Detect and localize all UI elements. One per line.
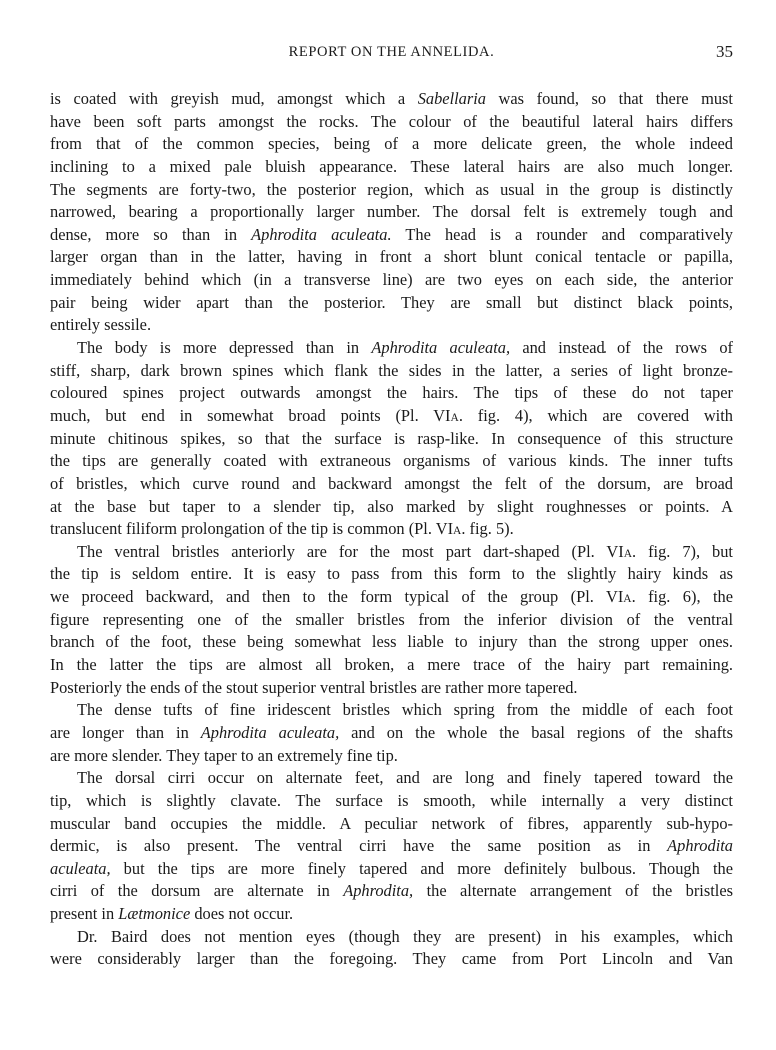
text-line: dense, more so than in Aphrodita aculeat…: [50, 224, 733, 247]
text-line: In the latter the tips are almost all br…: [50, 654, 733, 677]
text-line: much, but end in somewhat broad points (…: [50, 405, 733, 428]
italic-taxon: Aphrodita aculeata,: [201, 723, 339, 742]
text-line: larger organ than in the latter, having …: [50, 246, 733, 269]
text-run: pair being wider apart than the posterio…: [50, 293, 733, 312]
text-run: were considerably larger than the forego…: [50, 949, 733, 968]
text-line: stiff, sharp, dark brown spines which fl…: [50, 360, 733, 383]
text-run: . fig. 4), which are covered with: [459, 406, 733, 425]
text-line: pair being wider apart than the posterio…: [50, 292, 733, 315]
text-run: narrowed, bearing a proportionally large…: [50, 202, 733, 221]
text-run: at the base but taper to a slender tip, …: [50, 497, 733, 516]
text-line: The ventral bristles anteriorly are for …: [50, 541, 733, 564]
text-line: The dorsal cirri occur on alternate feet…: [50, 767, 733, 790]
paragraph: is coated with greyish mud, amongst whic…: [50, 88, 733, 337]
text-run: . fig. 6), the: [632, 587, 733, 606]
text-run: The segments are forty-two, the posterio…: [50, 180, 733, 199]
text-line: minute chitinous spikes, so that the sur…: [50, 428, 733, 451]
text-line: coloured spines project outwards amongst…: [50, 382, 733, 405]
text-run: larger organ than in the latter, having …: [50, 247, 733, 266]
text-run: stiff, sharp, dark brown spines which fl…: [50, 361, 733, 380]
text-run: The dense tufts of fine iridescent brist…: [77, 700, 733, 719]
small-caps: A: [623, 593, 631, 605]
text-run: minute chitinous spikes, so that the sur…: [50, 429, 733, 448]
text-run: cirri of the dorsum are alternate in: [50, 881, 343, 900]
text-run: Posteriorly the ends of the stout superi…: [50, 678, 578, 697]
text-line: muscular band occupies the middle. A pec…: [50, 813, 733, 836]
running-title: REPORT ON THE ANNELIDA.: [50, 44, 733, 61]
paragraph: Dr. Baird does not mention eyes (though …: [50, 926, 733, 971]
text-line: narrowed, bearing a proportionally large…: [50, 201, 733, 224]
text-run: and instead of the rows of: [510, 338, 733, 357]
text-run: tip, which is slightly clavate. The surf…: [50, 791, 733, 810]
book-page: REPORT ON THE ANNELIDA. 35 is coated wit…: [0, 0, 776, 1050]
text-run: have been soft parts amongst the rocks. …: [50, 112, 733, 131]
italic-taxon: Sabellaria: [418, 89, 486, 108]
text-run: the alternate arrangement of the bristle…: [413, 881, 733, 900]
text-run: and on the whole the basal regions of th…: [339, 723, 733, 742]
running-head: REPORT ON THE ANNELIDA. 35: [50, 44, 733, 66]
text-line: are more slender. They taper to an extre…: [50, 745, 733, 768]
text-line: The segments are forty-two, the posterio…: [50, 179, 733, 202]
text-run: are longer than in: [50, 723, 201, 742]
text-run: muscular band occupies the middle. A pec…: [50, 814, 733, 833]
page-number: 35: [716, 42, 733, 62]
small-caps: A: [624, 548, 632, 560]
text-run: The dorsal cirri occur on alternate feet…: [77, 768, 733, 787]
text-run: entirely sessile.: [50, 315, 151, 334]
text-run: we proceed backward, and then to the for…: [50, 587, 623, 606]
paragraph: The dorsal cirri occur on alternate feet…: [50, 767, 733, 925]
text-line: of bristles, which curve round and backw…: [50, 473, 733, 496]
text-run: was found, so that there must: [486, 89, 733, 108]
italic-taxon: Lætmonice: [118, 904, 190, 923]
text-run: are more slender. They taper to an extre…: [50, 746, 398, 765]
text-run: but the tips are more finely tapered and…: [111, 859, 733, 878]
text-line: we proceed backward, and then to the for…: [50, 586, 733, 609]
text-line: are longer than in Aphrodita aculeata, a…: [50, 722, 733, 745]
text-run: . fig. 5).: [461, 519, 513, 538]
text-line: translucent filiform prolongation of the…: [50, 518, 733, 541]
text-line: is coated with greyish mud, amongst whic…: [50, 88, 733, 111]
text-run: The body is more depressed than in: [77, 338, 371, 357]
text-run: from that of the common species, being o…: [50, 134, 733, 153]
text-run: . fig. 7), but: [632, 542, 733, 561]
text-line: branch of the foot, these being somewhat…: [50, 631, 733, 654]
print-speck: [604, 351, 606, 353]
text-line: tip, which is slightly clavate. The surf…: [50, 790, 733, 813]
text-run: the tips are generally coated with extra…: [50, 451, 733, 470]
text-run: figure representing one of the smaller b…: [50, 610, 733, 629]
text-line: The body is more depressed than in Aphro…: [50, 337, 733, 360]
text-line: entirely sessile.: [50, 314, 733, 337]
text-run: The head is a rounder and comparatively: [392, 225, 733, 244]
paragraph: The body is more depressed than in Aphro…: [50, 337, 733, 541]
text-run: translucent filiform prolongation of the…: [50, 519, 453, 538]
body-text: is coated with greyish mud, amongst whic…: [50, 88, 733, 971]
text-line: aculeata, but the tips are more finely t…: [50, 858, 733, 881]
text-run: much, but end in somewhat broad points (…: [50, 406, 451, 425]
text-line: from that of the common species, being o…: [50, 133, 733, 156]
text-line: immediately behind which (in a transvers…: [50, 269, 733, 292]
italic-taxon: aculeata,: [50, 859, 111, 878]
text-run: Dr. Baird does not mention eyes (though …: [77, 927, 733, 946]
small-caps: A: [451, 412, 459, 424]
text-run: immediately behind which (in a transvers…: [50, 270, 733, 289]
text-line: were considerably larger than the forego…: [50, 948, 733, 971]
text-line: have been soft parts amongst the rocks. …: [50, 111, 733, 134]
text-line: at the base but taper to a slender tip, …: [50, 496, 733, 519]
text-line: cirri of the dorsum are alternate in Aph…: [50, 880, 733, 903]
text-run: dermic, is also present. The ventral cir…: [50, 836, 667, 855]
text-run: the tip is seldom entire. It is easy to …: [50, 564, 733, 583]
text-line: the tip is seldom entire. It is easy to …: [50, 563, 733, 586]
paragraph: The dense tufts of fine iridescent brist…: [50, 699, 733, 767]
text-line: the tips are generally coated with extra…: [50, 450, 733, 473]
text-run: inclining to a mixed pale bluish appeara…: [50, 157, 733, 176]
text-run: coloured spines project outwards amongst…: [50, 383, 733, 402]
text-line: Dr. Baird does not mention eyes (though …: [50, 926, 733, 949]
text-run: present in: [50, 904, 118, 923]
text-run: In the latter the tips are almost all br…: [50, 655, 733, 674]
text-run: The ventral bristles anteriorly are for …: [77, 542, 624, 561]
text-run: does not occur.: [190, 904, 293, 923]
text-line: inclining to a mixed pale bluish appeara…: [50, 156, 733, 179]
paragraph: The ventral bristles anteriorly are for …: [50, 541, 733, 699]
text-run: of bristles, which curve round and backw…: [50, 474, 733, 493]
text-line: dermic, is also present. The ventral cir…: [50, 835, 733, 858]
text-line: The dense tufts of fine iridescent brist…: [50, 699, 733, 722]
italic-taxon: Aphrodita: [667, 836, 733, 855]
text-line: figure representing one of the smaller b…: [50, 609, 733, 632]
italic-taxon: Aphrodita aculeata,: [371, 338, 510, 357]
italic-taxon: Aphrodita,: [343, 881, 413, 900]
text-run: branch of the foot, these being somewhat…: [50, 632, 733, 651]
text-line: present in Lætmonice does not occur.: [50, 903, 733, 926]
text-run: dense, more so than in: [50, 225, 251, 244]
text-run: is coated with greyish mud, amongst whic…: [50, 89, 418, 108]
text-line: Posteriorly the ends of the stout superi…: [50, 677, 733, 700]
italic-taxon: Aphrodita aculeata.: [251, 225, 392, 244]
